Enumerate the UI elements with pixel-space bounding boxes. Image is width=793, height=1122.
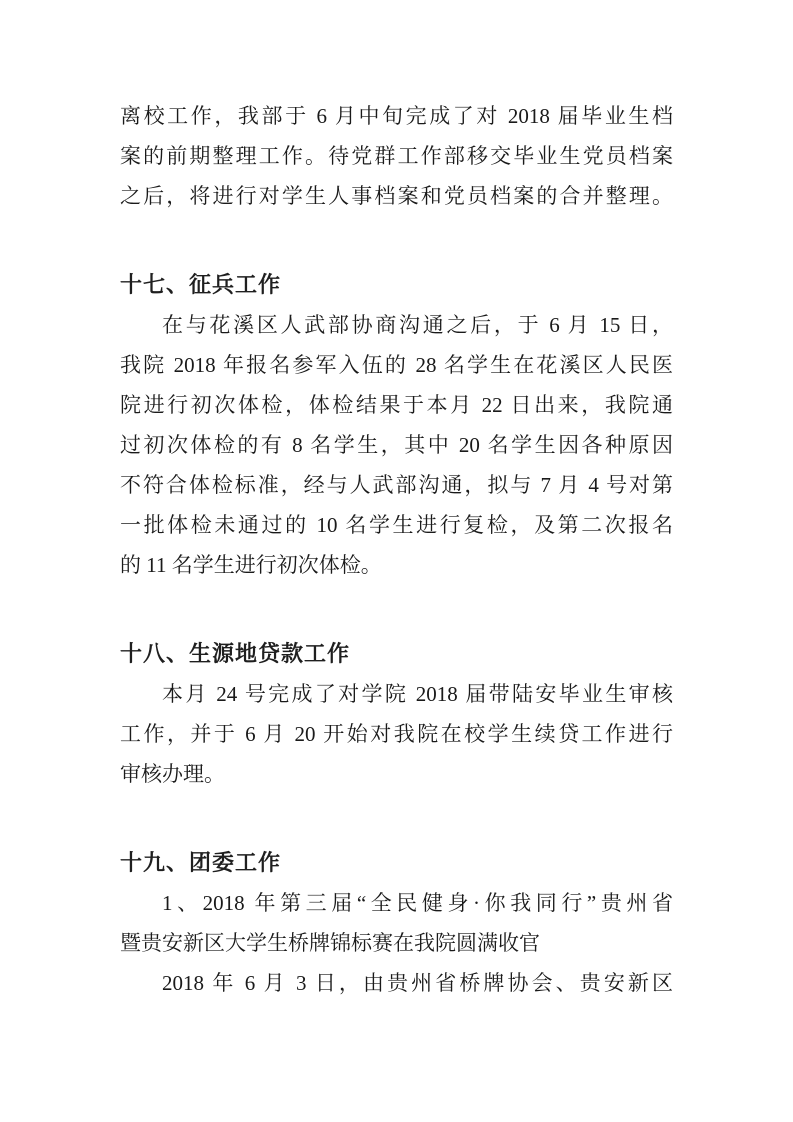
paragraph-line: 我院 2018 年报名参军入伍的 28 名学生在花溪区人民医 (120, 345, 673, 385)
paragraph-line: 工作，并于 6 月 20 开始对我院在校学生续贷工作进行 (120, 714, 673, 754)
paragraph-line: 1、2018 年第三届“全民健身·你我同行”贵州省 (120, 883, 673, 923)
paragraph-line: 之后，将进行对学生人事档案和党员档案的合并整理。 (120, 176, 673, 216)
paragraph-line: 本月 24 号完成了对学院 2018 届带陆安毕业生审核 (120, 674, 673, 714)
section-17-heading: 十七、征兵工作 (120, 265, 673, 305)
paragraph-line: 过初次体检的有 8 名学生，其中 20 名学生因各种原因 (120, 425, 673, 465)
paragraph-line: 院进行初次体检，体检结果于本月 22 日出来，我院通 (120, 385, 673, 425)
paragraph-line: 不符合体检标准，经与人武部沟通，拟与 7 月 4 号对第 (120, 465, 673, 505)
paragraph-line: 离校工作，我部于 6 月中旬完成了对 2018 届毕业生档 (120, 96, 673, 136)
paragraph-line: 2018 年 6 月 3 日，由贵州省桥牌协会、贵安新区 (120, 963, 673, 1003)
paragraph-line: 暨贵安新区大学生桥牌锦标赛在我院圆满收官 (120, 923, 673, 963)
document-page: 离校工作，我部于 6 月中旬完成了对 2018 届毕业生档 案的前期整理工作。待… (0, 0, 793, 1122)
paragraph-line: 案的前期整理工作。待党群工作部移交毕业生党员档案 (120, 136, 673, 176)
paragraph-line: 在与花溪区人武部协商沟通之后，于 6 月 15 日， (120, 305, 673, 345)
paragraph-line: 一批体检未通过的 10 名学生进行复检，及第二次报名 (120, 505, 673, 545)
paragraph-line: 的 11 名学生进行初次体检。 (120, 545, 673, 585)
section-18-heading: 十八、生源地贷款工作 (120, 634, 673, 674)
paragraph-line: 审核办理。 (120, 754, 673, 794)
section-19-heading: 十九、团委工作 (120, 843, 673, 883)
document-body: 离校工作，我部于 6 月中旬完成了对 2018 届毕业生档 案的前期整理工作。待… (120, 96, 673, 1003)
